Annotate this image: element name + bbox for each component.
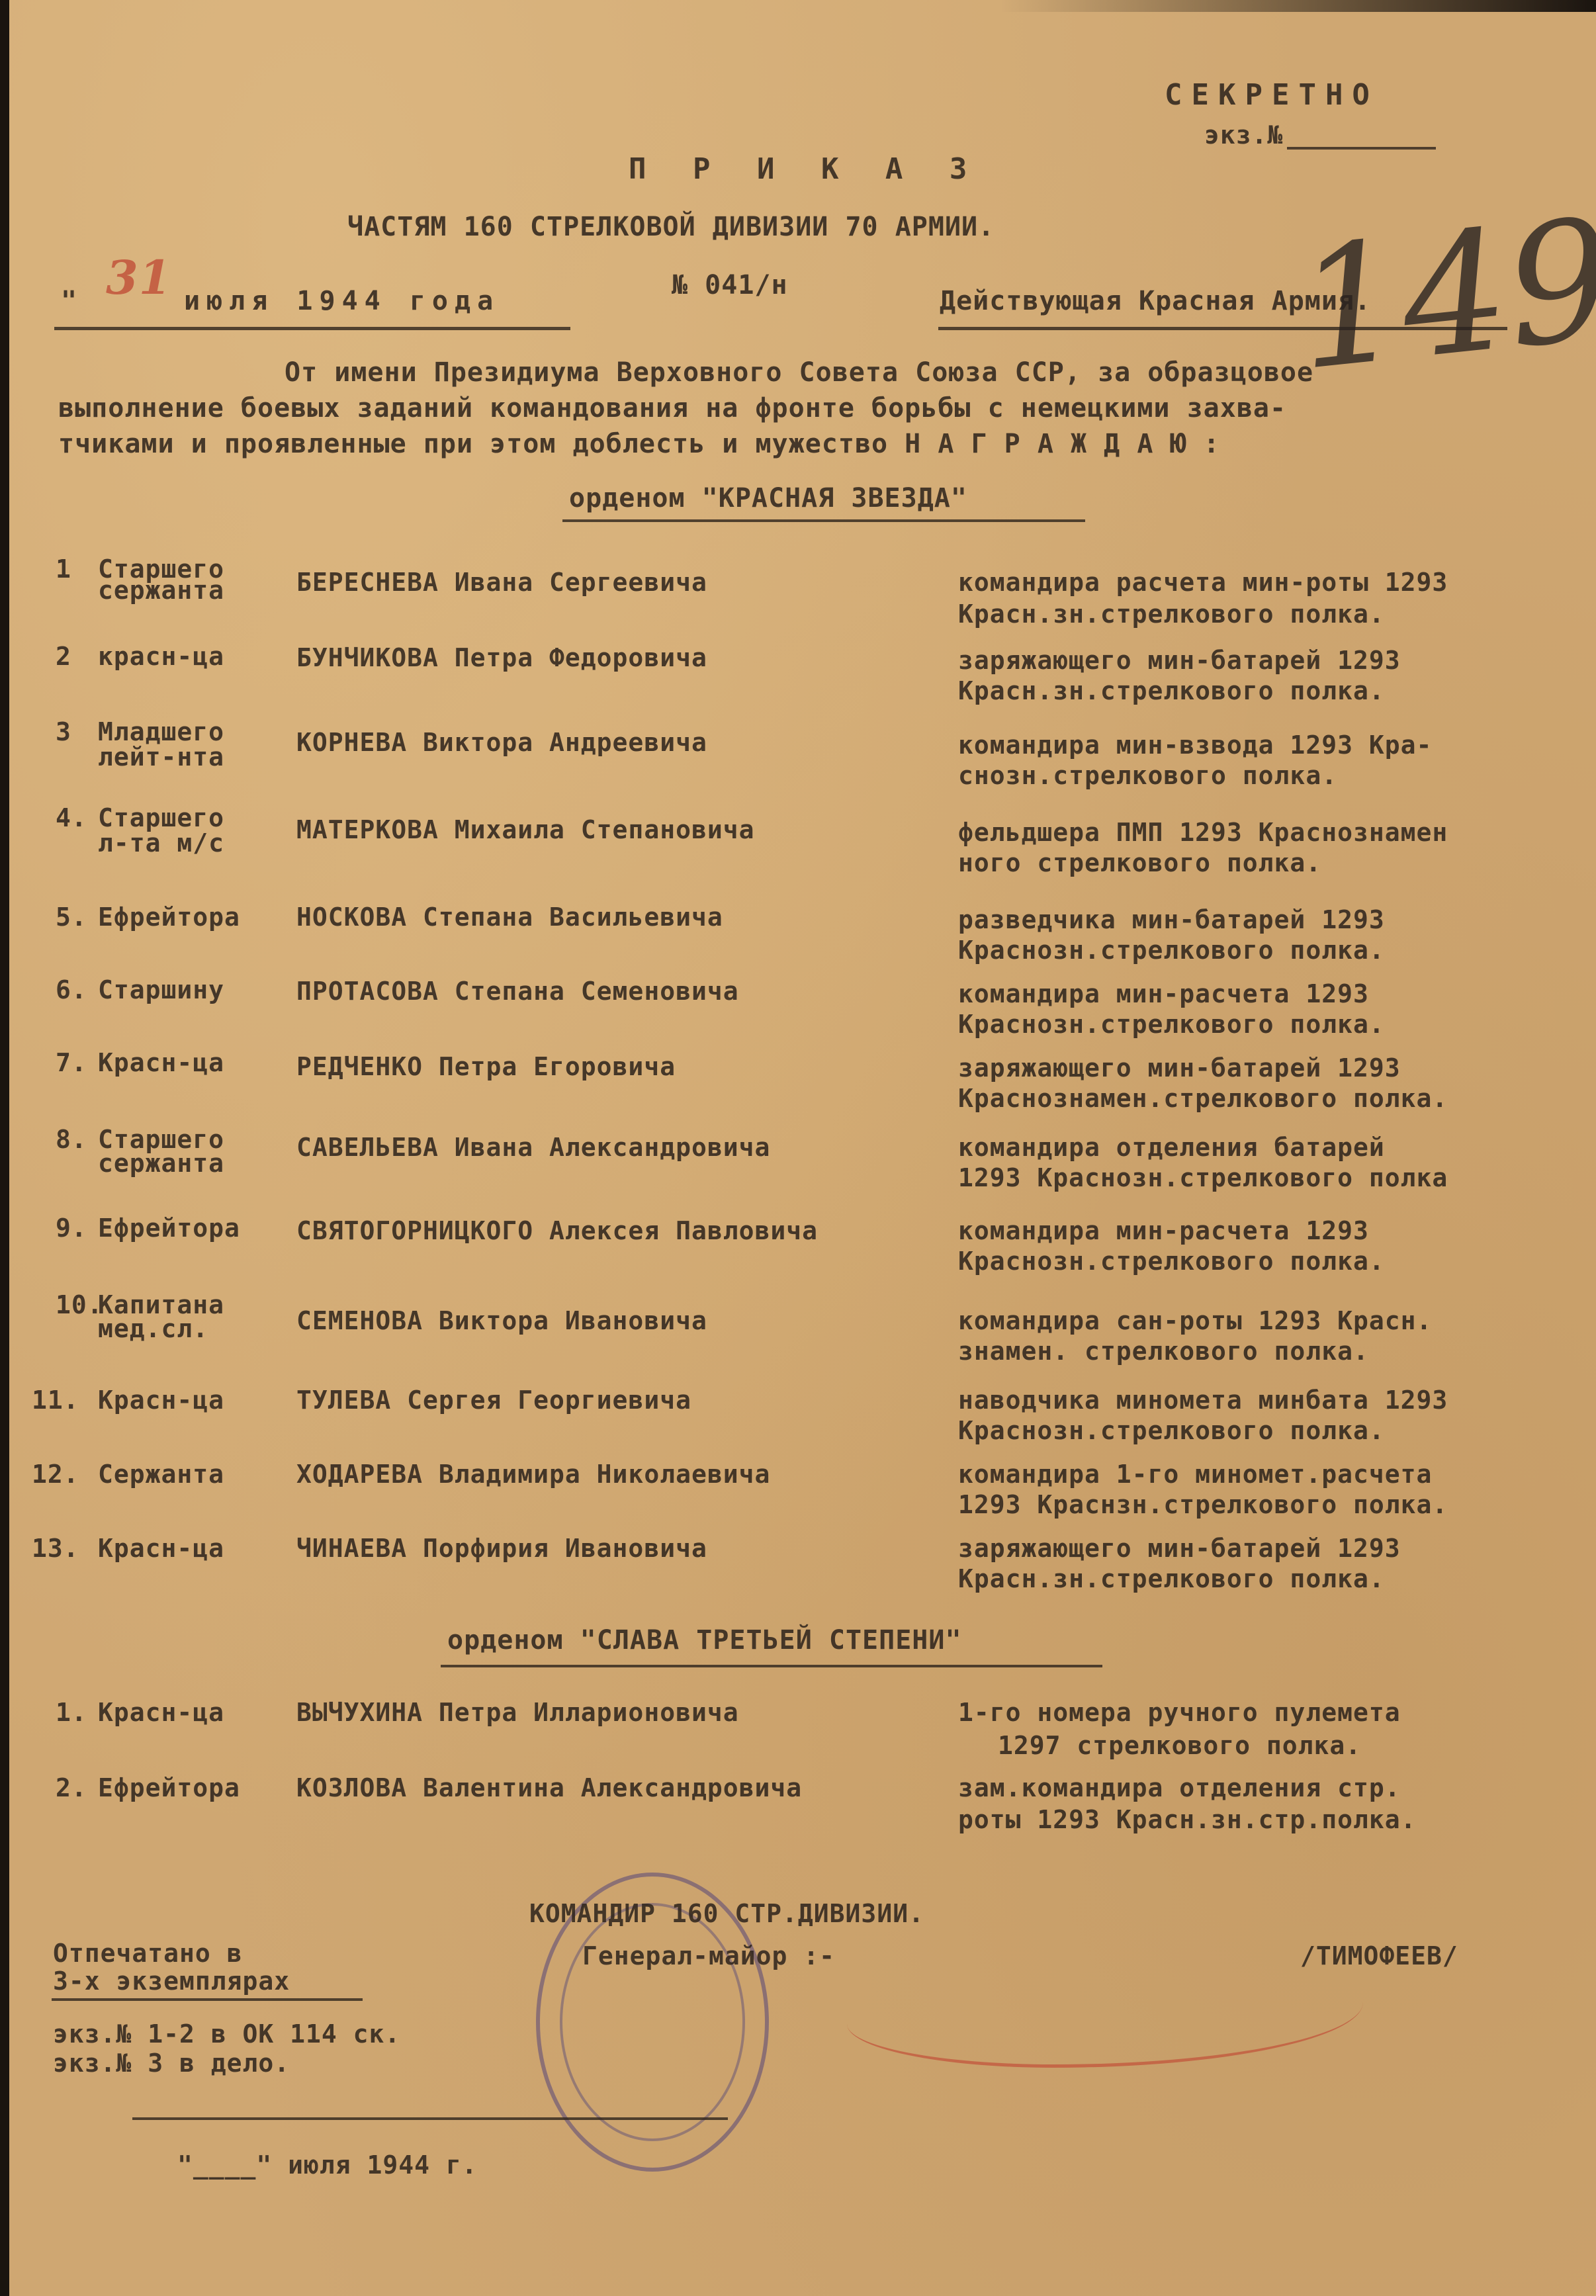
entry-name: ВЫЧУХИНА Петра Илларионовича [296, 1698, 739, 1727]
handwritten-signature [847, 1959, 1363, 2068]
printed-copies-line-1: Отпечатано в [53, 1939, 243, 1968]
entry-position: наводчика миномета минбата 1293 [958, 1386, 1448, 1415]
date-underline [54, 327, 570, 330]
entry-name: БУНЧИКОВА Петра Федоровича [296, 643, 707, 672]
entry-position-line-2: ного стрелкового полка. [958, 848, 1321, 877]
entry-number: 2 [56, 642, 71, 671]
commander-rank: Генерал-майор :- [582, 1941, 835, 1970]
entry-position-line-2: 1297 стрелкового полка. [998, 1731, 1361, 1760]
entry-position-line-2: знамен. стрелкового полка. [958, 1337, 1369, 1366]
commander-title: КОМАНДИР 160 СТР.ДИВИЗИИ. [529, 1899, 924, 1928]
entry-position: фельдшера ПМП 1293 Краснознамен [958, 818, 1448, 847]
entry-position: командира отделения батарей [958, 1133, 1385, 1162]
entry-position-line-2: Краснозн.стрелкового полка. [958, 1416, 1385, 1445]
entry-position-line-2: 1293 Краснозн.стрелкового полка [958, 1163, 1448, 1192]
entry-position: разведчика мин-батарей 1293 [958, 905, 1385, 934]
entry-number: 12. [32, 1460, 79, 1489]
entry-name: СВЯТОГОРНИЦКОГО Алексея Павловича [296, 1216, 818, 1245]
entry-position: командира сан-роты 1293 Красн. [958, 1306, 1432, 1335]
entry-rank: Ефрейтора [98, 903, 240, 932]
entry-position: заряжающего мин-батарей 1293 [958, 1053, 1401, 1082]
entry-position: 1-го номера ручного пулемета [958, 1698, 1401, 1727]
entry-rank-line-2: л-та м/с [98, 828, 224, 858]
order-number: № 041/н [672, 270, 788, 300]
entry-rank-line-2: лейт-нта [98, 742, 224, 772]
entry-position-line-2: Красн.зн.стрелкового полка. [958, 599, 1385, 629]
footer-divider [52, 1998, 363, 2001]
document-title: П Р И К А З [629, 152, 981, 186]
entry-name: САВЕЛЬЕВА Ивана Александровича [296, 1133, 770, 1162]
footer-date: "____" июля 1944 г. [177, 2150, 478, 2180]
entry-rank: красн-ца [98, 642, 224, 671]
entry-number: 8. [56, 1125, 87, 1154]
entry-rank: Красн-ца [98, 1698, 224, 1727]
copy-distribution-2: экз.№ 3 в дело. [53, 2049, 290, 2078]
entry-rank: Красн-ца [98, 1534, 224, 1563]
entry-rank: Ефрейтора [98, 1773, 240, 1802]
entry-name: ХОДАРЕВА Владимира Николаевича [296, 1460, 770, 1489]
entry-position-line-2: снозн.стрелкового полка. [958, 761, 1337, 790]
entry-position-line-2: Краснозн.стрелкового полка. [958, 1247, 1385, 1276]
entry-name: БЕРЕСНЕВА Ивана Сергеевича [296, 568, 707, 597]
entry-name: ТУЛЕВА Сергея Георгиевича [296, 1386, 691, 1415]
entry-name: КОЗЛОВА Валентина Александровича [296, 1773, 802, 1802]
entry-position-line-2: 1293 Краснзн.стрелкового полка. [958, 1490, 1448, 1519]
entry-rank-line-2: сержанта [98, 1149, 224, 1178]
entry-rank-line-2: мед.сл. [98, 1314, 208, 1343]
date-day-handwritten: 31 [106, 250, 171, 305]
section-title-underline [562, 519, 1085, 522]
classification-label: СЕКРЕТНО [1165, 78, 1379, 112]
entry-number: 7. [56, 1048, 87, 1077]
entry-position-line-2: Краснозн.стрелкового полка. [958, 1010, 1385, 1039]
section-title-underline [441, 1665, 1102, 1667]
printed-copies-line-2: 3-х экземплярах [53, 1966, 290, 1996]
entry-position: зам.командира отделения стр. [958, 1773, 1401, 1802]
entry-name: ПРОТАСОВА Степана Семеновича [296, 977, 739, 1006]
entry-position-line-2: Краснознамен.стрелкового полка. [958, 1084, 1448, 1113]
entry-number: 9. [56, 1214, 87, 1243]
scan-edge-left [0, 0, 9, 2296]
entry-number: 1 [56, 554, 71, 584]
entry-position: командира мин-расчета 1293 [958, 979, 1369, 1008]
copy-number-blank [1287, 147, 1436, 150]
entry-position-line-2: роты 1293 Красн.зн.стр.полка. [958, 1805, 1416, 1834]
entry-rank-line-2: сержанта [98, 576, 224, 605]
entry-number: 1. [56, 1698, 87, 1727]
copy-distribution-1: экз.№ 1-2 в ОК 114 ск. [53, 2019, 400, 2049]
footer-line [132, 2117, 728, 2120]
preamble-line-1: От имени Президиума Верховного Совета Со… [285, 357, 1313, 388]
entry-position-line-2: Краснозн.стрелкового полка. [958, 936, 1385, 965]
entry-rank: Ефрейтора [98, 1214, 240, 1243]
entry-name: СЕМЕНОВА Виктора Ивановича [296, 1306, 707, 1335]
entry-number: 6. [56, 975, 87, 1004]
entry-number: 2. [56, 1773, 87, 1802]
document-subtitle: ЧАСТЯМ 160 СТРЕЛКОВОЙ ДИВИЗИИ 70 АРМИИ. [347, 212, 995, 242]
entry-position: командира мин-расчета 1293 [958, 1216, 1369, 1245]
handwritten-file-number: 149 [1288, 183, 1596, 407]
entry-number: 3 [56, 717, 71, 746]
entry-name: ЧИНАЕВА Порфирия Ивановича [296, 1534, 707, 1563]
entry-position-line-2: Красн.зн.стрелкового полка. [958, 676, 1385, 705]
entry-number: 13. [32, 1534, 79, 1563]
scan-edge-top [1000, 0, 1596, 12]
preamble-line-2: выполнение боевых заданий командования н… [58, 393, 1286, 423]
entry-position: командира мин-взвода 1293 Кра- [958, 730, 1432, 760]
entry-rank: Сержанта [98, 1460, 224, 1489]
entry-position: командира расчета мин-роты 1293 [958, 568, 1448, 597]
entry-name: РЕДЧЕНКО Петра Егоровича [296, 1052, 676, 1081]
entry-number: 5. [56, 903, 87, 932]
date-open-quote: " [61, 286, 77, 316]
section-title-red-star: орденом "КРАСНАЯ ЗВЕЗДА" [569, 483, 967, 513]
entry-name: МАТЕРКОВА Михаила Степановича [296, 815, 754, 844]
entry-position: заряжающего мин-батарей 1293 [958, 1534, 1401, 1563]
copy-number-label: экз.№ [1204, 120, 1283, 150]
entry-position: заряжающего мин-батарей 1293 [958, 646, 1401, 675]
entry-name: НОСКОВА Степана Васильевича [296, 903, 723, 932]
entry-number: 4. [56, 803, 87, 832]
entry-number: 11. [32, 1386, 79, 1415]
entry-name: КОРНЕВА Виктора Андреевича [296, 728, 707, 757]
entry-number: 10. [56, 1290, 103, 1319]
entry-rank: Красн-ца [98, 1048, 224, 1077]
entry-rank: Красн-ца [98, 1386, 224, 1415]
entry-position-line-2: Красн.зн.стрелкового полка. [958, 1564, 1385, 1593]
entry-position: командира 1-го миномет.расчета [958, 1460, 1432, 1489]
date-text: июля 1944 года [184, 286, 500, 316]
preamble-line-3: тчиками и проявленные при этом доблесть … [58, 429, 1220, 459]
section-title-glory: орденом "СЛАВА ТРЕТЬЕЙ СТЕПЕНИ" [447, 1625, 962, 1656]
entry-rank: Старшину [98, 975, 224, 1004]
